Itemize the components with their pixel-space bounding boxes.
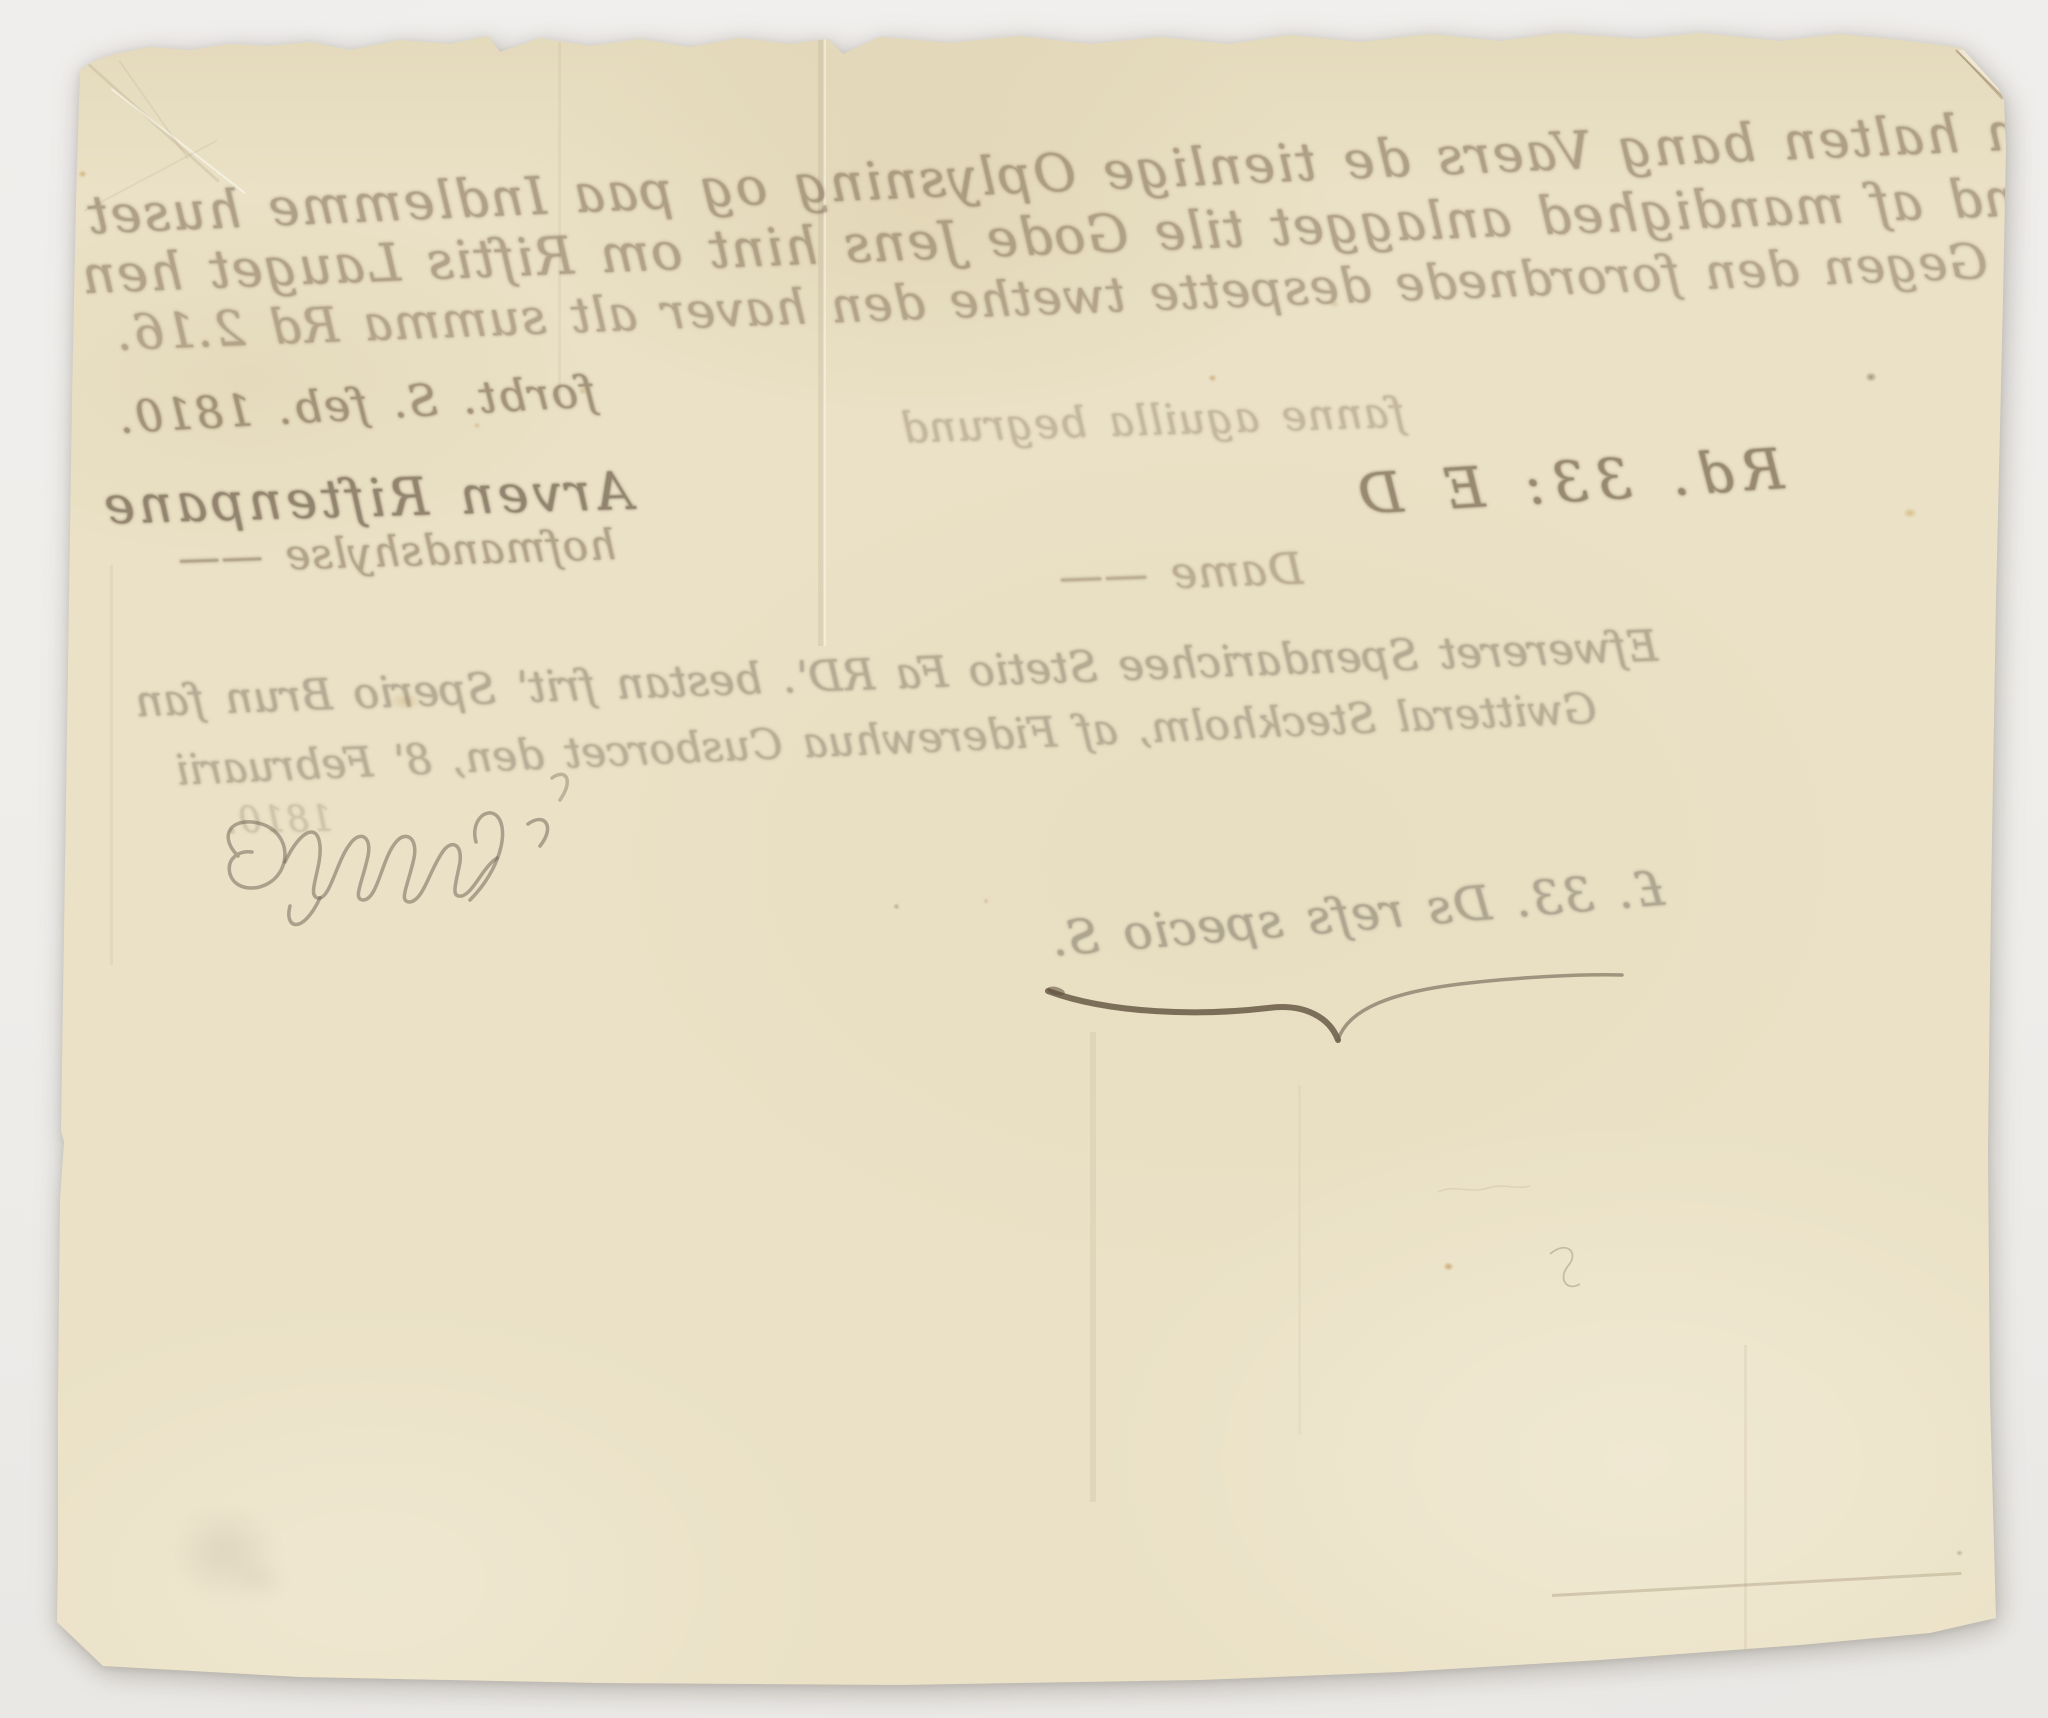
- handwriting-text: forbt. S. feb. 1810.: [116, 366, 598, 444]
- handwriting-line: Rd. 33: E D: [1348, 440, 1731, 528]
- handwriting-text: £. 33. Ds refs specio S.: [1049, 861, 1667, 968]
- handwriting-text: Rd. 33: E D: [1348, 437, 1785, 528]
- stain: [1903, 508, 1917, 518]
- handwriting-text: fanne aguilla begrund: [899, 388, 1406, 453]
- faint-scribble: [1438, 1186, 1530, 1192]
- crease-line: [1552, 1572, 1962, 1597]
- crease-line: [118, 60, 188, 159]
- handwriting-line: forbt. S. feb. 1810.: [116, 371, 518, 444]
- stain: [1443, 1262, 1454, 1271]
- aged-paper-sheet: Som en halten bang Vaers de tienlige Opl…: [0, 0, 2048, 1718]
- scanned-document-stage: Som en halten bang Vaers de tienlige Opl…: [0, 0, 2048, 1718]
- crease-line: [110, 565, 113, 965]
- handwriting-line: fanne aguilla begrund: [899, 392, 1260, 452]
- crease-line: [1090, 1032, 1096, 1502]
- handwriting-line: £. 33. Ds refs specio S.: [1049, 864, 1627, 968]
- signature-flourish: [228, 774, 567, 924]
- handwriting-text: 1810.: [225, 799, 334, 842]
- pencil-squiggle: [1550, 1248, 1580, 1287]
- crease-line: [818, 36, 823, 646]
- paper-shadow-wrap: Som en halten bang Vaers de tienlige Opl…: [0, 0, 2048, 1718]
- ornamental-brace: [1046, 975, 1622, 1040]
- crease-line: [1298, 1085, 1301, 1435]
- handwriting-line: Dame ——: [1057, 544, 1299, 603]
- handwriting-text: Dame ——: [1057, 544, 1304, 604]
- handwriting-line: hofmandshylse ——: [176, 522, 552, 583]
- stain: [78, 170, 87, 178]
- crease-line: [1957, 50, 2003, 100]
- stain: [1865, 372, 1877, 382]
- stain: [230, 1560, 290, 1600]
- stain: [983, 898, 989, 904]
- crease-line: [1744, 1345, 1747, 1710]
- stain: [1956, 1550, 1963, 1556]
- crease-line: [111, 88, 246, 194]
- stain: [893, 903, 900, 910]
- handwriting-line: 1810.: [225, 799, 336, 842]
- stain: [1208, 374, 1217, 382]
- crease-line: [824, 36, 826, 646]
